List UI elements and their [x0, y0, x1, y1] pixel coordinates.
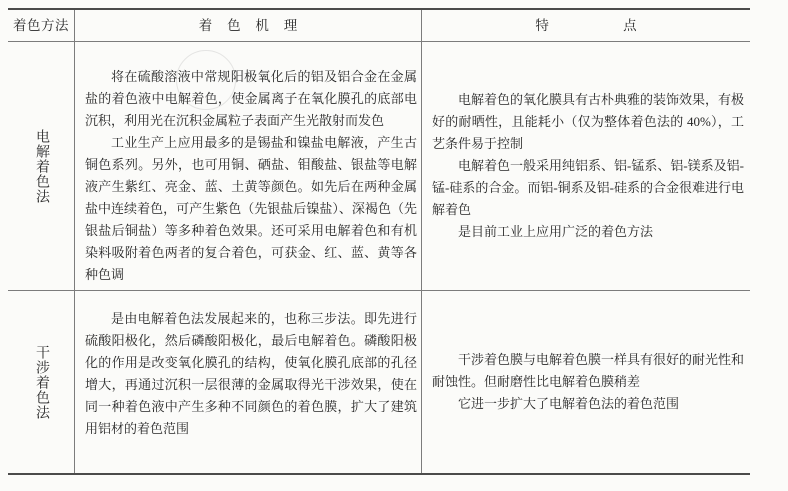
row-electrolytic-features-cell: 电解着色的氧化膜具有古朴典雅的装饰效果，有极好的耐晒性，且能耗小（仅为整体着色法… — [422, 42, 750, 291]
features-paragraph: 它进一步扩大了电解着色法的着色范围 — [432, 393, 744, 415]
header-features-label: 特点 — [461, 15, 711, 37]
mechanism-paragraph: 工业生产上应用最多的是锡盐和镍盐电解液，产生古铜色系列。另外，也可用铜、硒盐、钼… — [85, 132, 417, 286]
header-method: 着色方法 — [8, 10, 75, 42]
header-features: 特点 — [422, 10, 750, 42]
header-mechanism: 着色机理 — [75, 10, 422, 42]
row-interference-mechanism-cell: 是由电解着色法发展起来的，也称三步法。即先进行硫酸阳极化，然后磷酸阳极化，最后电… — [75, 291, 422, 473]
row-electrolytic-method-cell: 电解着色法 — [8, 42, 75, 291]
header-mechanism-label: 着色机理 — [184, 15, 312, 37]
features-paragraph: 电解着色一般采用纯铝系、铝-锰系、铝-镁系及铝-锰-硅系的合金。而铝-铜系及铝-… — [432, 155, 744, 221]
features-paragraph: 是目前工业上应用广泛的着色方法 — [432, 221, 744, 243]
row-electrolytic-mechanism-cell: 将在硫酸溶液中常规阳极氧化后的铝及铝合金在金属盐的着色液中电解着色，使金属离子在… — [75, 42, 422, 291]
features-paragraph: 干涉着色膜与电解着色膜一样具有很好的耐光性和耐蚀性。但耐磨性比电解着色膜稍差 — [432, 349, 744, 393]
method-name-interference: 干涉着色法 — [30, 345, 52, 420]
mechanism-paragraph: 是由电解着色法发展起来的，也称三步法。即先进行硫酸阳极化，然后磷酸阳极化，最后电… — [85, 308, 417, 440]
scanned-page: 着色方法 着色机理 特点 电解着色法 将在硫酸溶液中常规阳极氧化后的铝及铝合金在… — [0, 0, 788, 491]
coloring-methods-table: 着色方法 着色机理 特点 电解着色法 将在硫酸溶液中常规阳极氧化后的铝及铝合金在… — [8, 8, 750, 475]
method-name-electrolytic: 电解着色法 — [30, 129, 52, 204]
row-interference-features-cell: 干涉着色膜与电解着色膜一样具有很好的耐光性和耐蚀性。但耐磨性比电解着色膜稍差 它… — [422, 291, 750, 473]
features-paragraph: 电解着色的氧化膜具有古朴典雅的装饰效果，有极好的耐晒性，且能耗小（仅为整体着色法… — [432, 89, 744, 155]
row-interference-method-cell: 干涉着色法 — [8, 291, 75, 473]
mechanism-paragraph: 将在硫酸溶液中常规阳极氧化后的铝及铝合金在金属盐的着色液中电解着色，使金属离子在… — [85, 66, 417, 132]
